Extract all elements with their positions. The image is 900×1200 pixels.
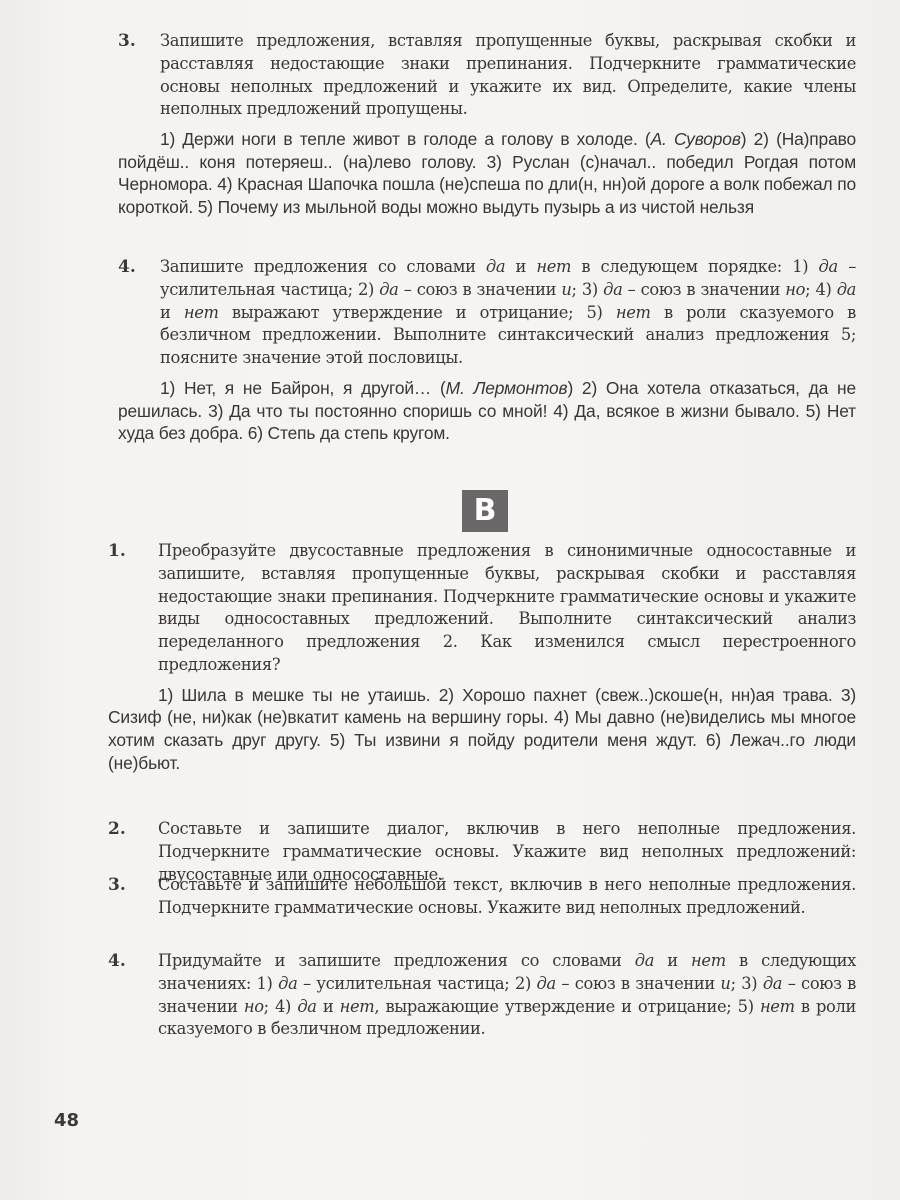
task-examples: 1) Шила в мешке ты не утаишь. 2) Хорошо … [108, 684, 856, 774]
task-b3: 3. Составьте и запишите небольшой текст,… [108, 874, 856, 920]
task-b1: 1. Преобразуйте двусоставные предложения… [108, 540, 856, 774]
textbook-page: 3. Запишите предложения, вставляя пропущ… [0, 0, 900, 1200]
author-citation: А. Суворов [651, 129, 741, 149]
example-text: 1) Держи ноги в тепле живот в голоде а г… [160, 129, 651, 149]
task-examples: 1) Нет, я не Байрон, я другой… (М. Лермо… [118, 377, 856, 445]
example-text: 1) Нет, я не Байрон, я другой… ( [160, 378, 446, 398]
section-badge-b: B [462, 490, 508, 532]
task-a3: 3. Запишите предложения, вставляя пропущ… [118, 30, 856, 219]
task-number: 4. [108, 950, 126, 973]
task-number: 2. [108, 818, 126, 841]
task-number: 1. [108, 540, 126, 563]
author-citation: М. Лермонтов [446, 378, 568, 398]
task-instruction: Запишите предложения со словами да и нет… [160, 256, 856, 370]
task-b4: 4. Придумайте и запишите предложения со … [108, 950, 856, 1041]
task-examples: 1) Держи ноги в тепле живот в голоде а г… [118, 128, 856, 218]
task-a4: 4. Запишите предложения со словами да и … [118, 256, 856, 445]
page-number: 48 [54, 1110, 79, 1131]
task-instruction: Составьте и запишите небольшой текст, вк… [158, 874, 856, 920]
task-number: 3. [108, 874, 126, 897]
task-instruction: Запишите предложения, вставляя пропущенн… [160, 30, 856, 121]
task-number: 4. [118, 256, 136, 279]
task-instruction: Преобразуйте двусоставные предложения в … [158, 540, 856, 677]
task-number: 3. [118, 30, 136, 53]
task-instruction: Придумайте и запишите предложения со сло… [158, 950, 856, 1041]
